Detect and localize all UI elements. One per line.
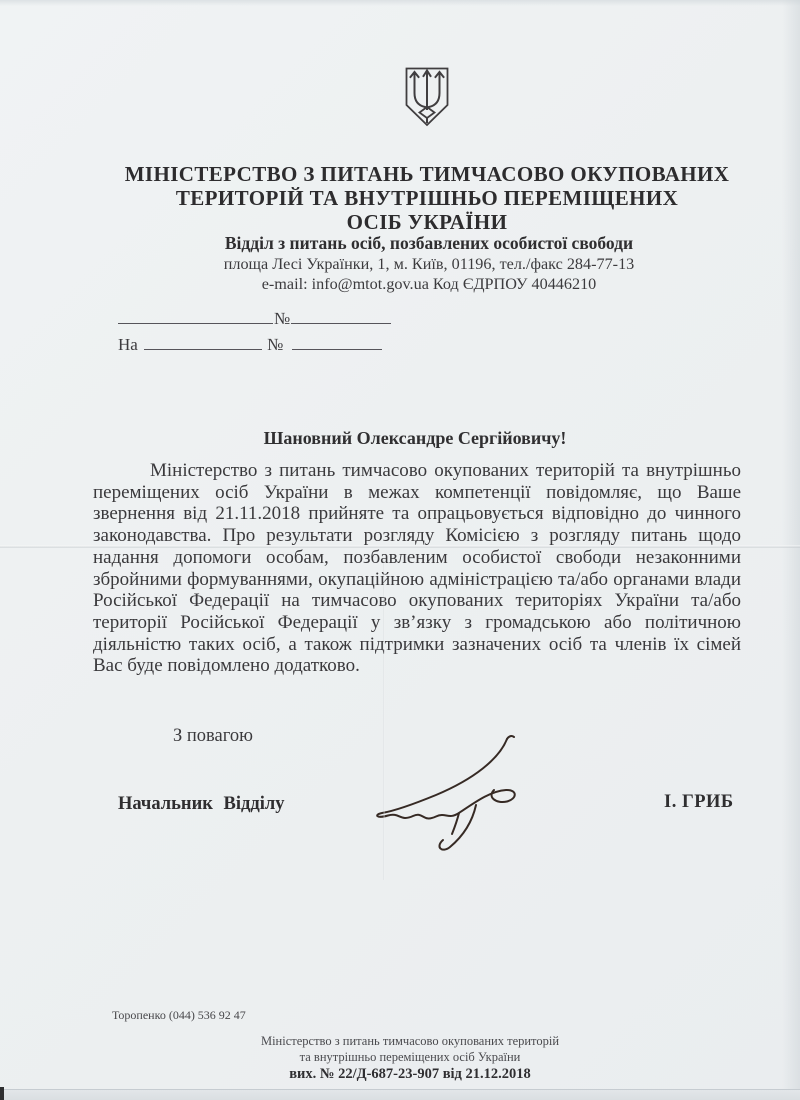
ref-blank-line — [291, 304, 391, 324]
ministry-name: МІНІСТЕРСТВО З ПИТАНЬ ТИМЧАСОВО ОКУПОВАН… — [54, 162, 800, 234]
ministry-name-line3: ОСІБ УКРАЇНИ — [54, 210, 800, 234]
outgoing-number-and-date: вих. № 22/Д-687-23-907 від 21.12.2018 — [10, 1065, 800, 1084]
signer-name: І. ГРИБ — [664, 792, 734, 813]
ref-blank-line — [292, 330, 382, 350]
trident-shield-icon — [404, 66, 450, 128]
outgoing-ref-row: № — [118, 304, 391, 329]
salutation: Шановний Олександре Сергійовичу! — [30, 428, 800, 449]
scanner-edge-band — [0, 1089, 800, 1100]
signer-position: Начальник Відділу — [118, 794, 284, 815]
scanner-edge-mark — [0, 1087, 4, 1100]
ref-prefix: На — [118, 335, 138, 354]
stamp-ministry-line2: та внутрішньо переміщених осіб України — [10, 1050, 800, 1066]
registration-stamp: Міністерство з питань тимчасово окупован… — [10, 1034, 800, 1084]
numero-sign: № — [266, 335, 284, 354]
numero-sign: № — [273, 309, 291, 328]
signature-scribble-icon — [366, 733, 534, 855]
scanned-letter-page: МІНІСТЕРСТВО З ПИТАНЬ ТИМЧАСОВО ОКУПОВАН… — [0, 0, 800, 1100]
letter-body: Міністерство з питань тимчасово окупован… — [93, 460, 741, 677]
department-name: Відділ з питань осіб, позбавлених особис… — [58, 233, 800, 254]
ukraine-trident-emblem — [404, 66, 450, 128]
closing-regards: З повагою — [173, 726, 253, 747]
ministry-name-line1: МІНІСТЕРСТВО З ПИТАНЬ ТИМЧАСОВО ОКУПОВАН… — [54, 162, 800, 186]
ref-blank-line — [118, 304, 273, 324]
ministry-name-line2: ТЕРИТОРІЙ ТА ВНУТРІШНЬО ПЕРЕМІЩЕНИХ — [54, 186, 800, 210]
postal-address: площа Лесі Українки, 1, м. Київ, 01196, … — [58, 255, 800, 274]
incoming-ref-row: На № — [118, 330, 382, 355]
executor-contact: Торопенко (044) 536 92 47 — [112, 1008, 246, 1023]
stamp-ministry-line1: Міністерство з питань тимчасово окупован… — [10, 1034, 800, 1050]
ref-blank-line — [144, 330, 262, 350]
handwritten-signature — [366, 733, 534, 855]
email-and-code-line: e-mail: info@mtot.gov.ua Код ЄДРПОУ 4044… — [58, 275, 800, 294]
